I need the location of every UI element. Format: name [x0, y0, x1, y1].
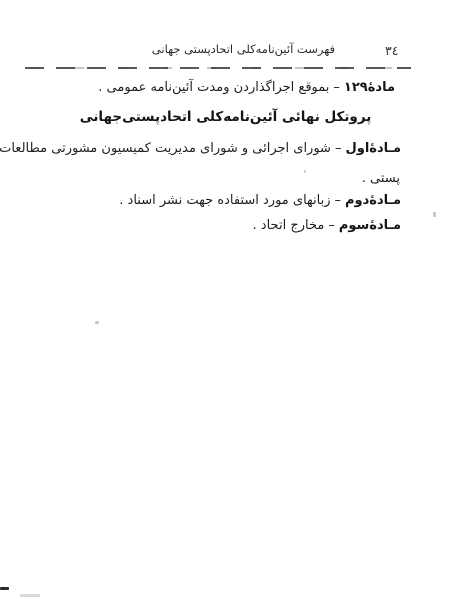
article-129-line: مادۀ۱۲۹–بموقع اجراگذاردن ومدت آئین‌نامه … [98, 79, 395, 97]
article-2-line: مـادۀدوم–زبانهای مورد استفاده جهت نشر اس… [119, 192, 401, 210]
scan-artifact-speck [95, 321, 99, 324]
scan-artifact-smudge [20, 594, 40, 597]
article-129-dash: – [333, 80, 340, 95]
scan-artifact-edge-mark [0, 587, 9, 590]
article-129-label: مادۀ۱۲۹ [344, 80, 395, 95]
scanned-page: { "page": { "number": "٣٤", "header_titl… [0, 0, 451, 599]
section-heading: پروتکل نهائی آئین‌نامه‌کلی اتحادپستی‌جها… [0, 107, 451, 127]
scan-artifact-speck [433, 212, 436, 217]
article-1-label: مـادۀاول [345, 141, 401, 156]
scan-artifact-speck [304, 170, 306, 173]
article-1-text: شورای اجرائی و شورای مدیریت کمیسیون مشور… [0, 141, 331, 156]
article-1-line: مـادۀاول–شورای اجرائی و شورای مدیریت کمی… [0, 140, 401, 158]
article-1-continuation: پستی . [362, 170, 400, 188]
article-2-label: مـادۀدوم [345, 193, 401, 208]
article-129-text: بموقع اجراگذاردن ومدت آئین‌نامه عمومی . [98, 80, 329, 95]
article-2-dash: – [335, 193, 342, 208]
article-3-line: مـادۀسوم–مخارج اتحاد . [253, 217, 401, 235]
header-divider-rule [25, 67, 411, 69]
page-number: ٣٤ [385, 43, 398, 59]
article-3-label: مـادۀسوم [339, 218, 401, 233]
running-header-title: فهرست آئین‌نامه‌کلی اتحادپستی جهانی [152, 41, 335, 58]
article-2-text: زبانهای مورد استفاده جهت نشر اسناد . [119, 193, 330, 208]
article-3-dash: – [328, 218, 335, 233]
article-1-dash: – [335, 141, 342, 156]
article-3-text: مخارج اتحاد . [253, 218, 325, 233]
